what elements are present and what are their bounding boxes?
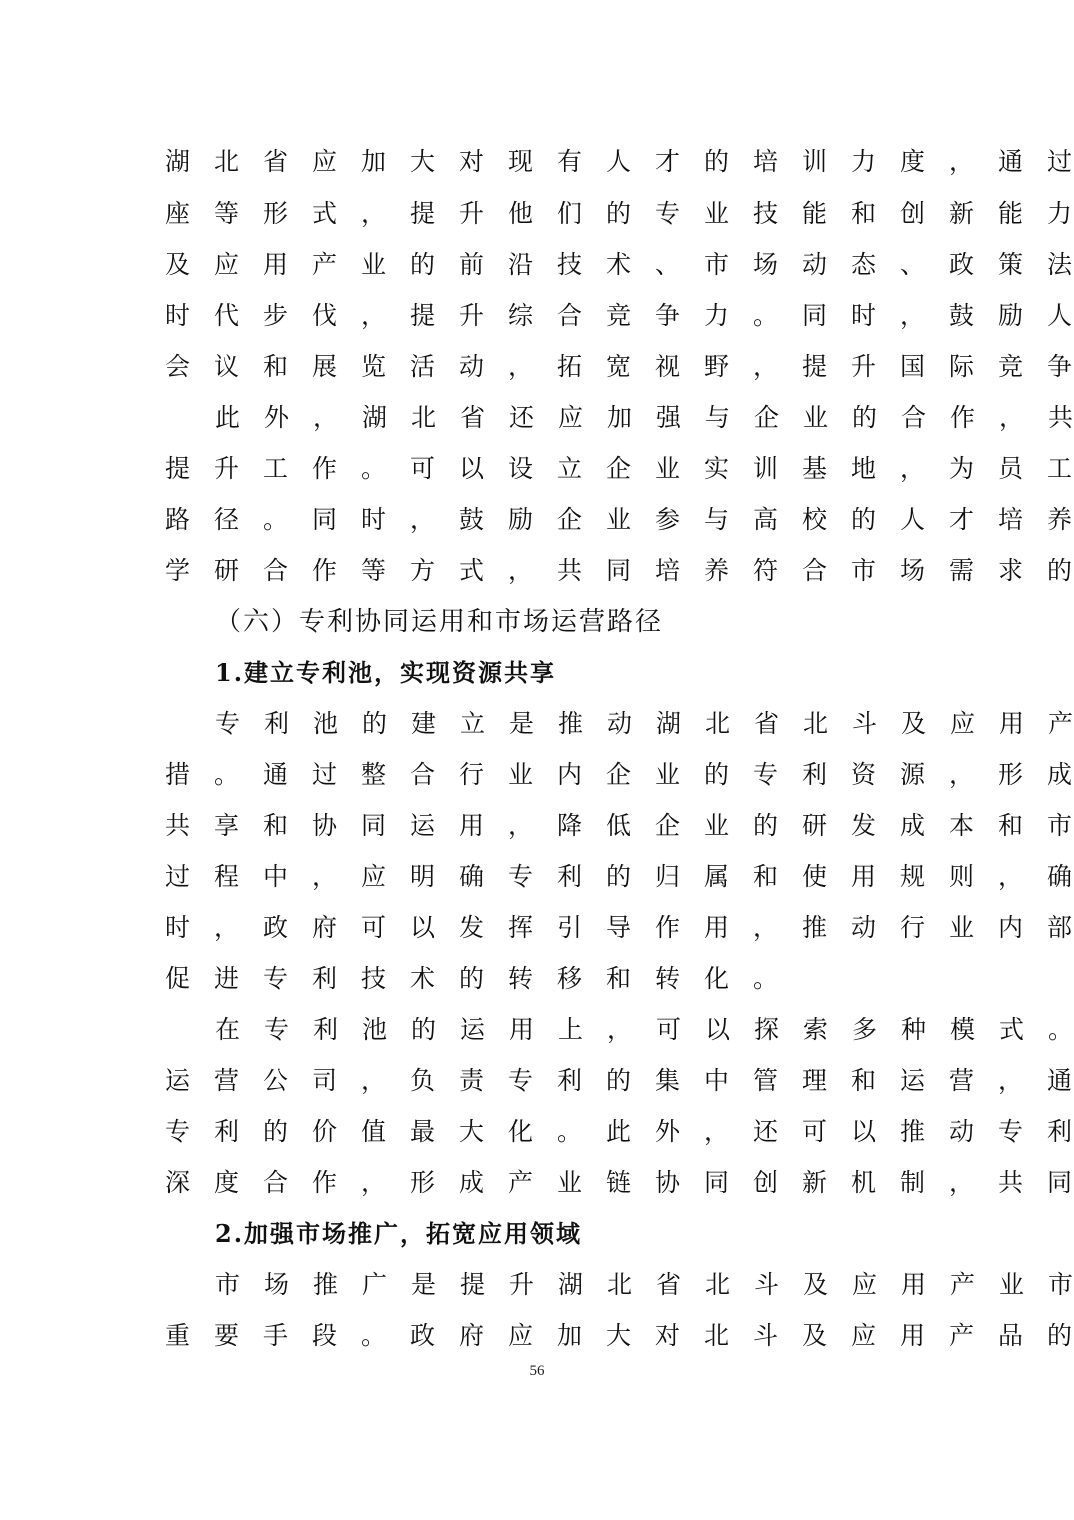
- body-line: 会议和展览活动，拓宽视野，提升国际竞争力。: [165, 347, 913, 387]
- section-heading: （六）专利协同运用和市场运营路径: [215, 602, 963, 642]
- body-line: 时，政府可以发挥引导作用，推动行业内部企业之间的合作与交流，: [165, 908, 913, 948]
- body-line: 重要手段。政府应加大对北斗及应用产品的市场推广力度，通过政策: [165, 1316, 913, 1356]
- body-line: 措。通过整合行业内企业的专利资源，形成专利池，可以实现专利的: [165, 755, 913, 795]
- body-line: 运营公司，负责专利的集中管理和运营，通过许可、转让等方式实现: [165, 1061, 913, 1101]
- body-line: 促进专利技术的转移和转化。: [165, 959, 913, 999]
- body-line: 共享和协同运用，降低企业的研发成本和市场风险。在专利池的建设: [165, 806, 913, 846]
- document-page: 湖北省应加大对现有人才的培训力度，通过举办培训班、研讨会、讲 座等形式，提升他们…: [0, 0, 1074, 1520]
- paragraph-first-line: 此外，湖北省还应加强与企业的合作，共同开展人才培训和技能: [215, 398, 913, 438]
- paragraph-first-line: 专利池的建立是推动湖北省北斗及应用产业协同发展的重要举: [215, 704, 913, 744]
- paragraph-first-line: 在专利池的运用上，可以探索多种模式。例如，可以设立专利池: [215, 1010, 913, 1050]
- body-line: 提升工作。可以设立企业实训基地，为员工提供实践机会和职业发展: [165, 449, 913, 489]
- body-line: 深度合作，形成产业链协同创新机制，共同推动产业的发展和升级。: [165, 1163, 913, 1203]
- body-line: 及应用产业的前沿技术、市场动态、政策法规等方面，帮助人才紧跟: [165, 245, 913, 285]
- body-line: 专利的价值最大化。此外，还可以推动专利池与产业链上下游企业的: [165, 1112, 913, 1152]
- body-line: 过程中，应明确专利的归属和使用规则，确保各方利益得到保障。同: [165, 857, 913, 897]
- body-line: 时代步伐，提升综合竞争力。同时，鼓励人才参加国内外知名的学术: [165, 296, 913, 336]
- subsection-heading: 2.加强市场推广，拓宽应用领域: [215, 1214, 963, 1254]
- body-line: 学研合作等方式，共同培养符合市场需求的高素质人才。: [165, 551, 913, 591]
- body-line: 路径。同时，鼓励企业参与高校的人才培养工作，通过校企合作、产: [165, 500, 913, 540]
- page-number: 56: [0, 1363, 1074, 1380]
- paragraph-first-line: 市场推广是提升湖北省北斗及应用产业市场影响力和竞争力的: [215, 1265, 913, 1305]
- subsection-heading: 1.建立专利池，实现资源共享: [215, 653, 963, 693]
- body-line: 座等形式，提升他们的专业技能和创新能力。培训内容可以涵盖北斗: [165, 194, 913, 234]
- body-line: 湖北省应加大对现有人才的培训力度，通过举办培训班、研讨会、讲: [165, 142, 913, 182]
